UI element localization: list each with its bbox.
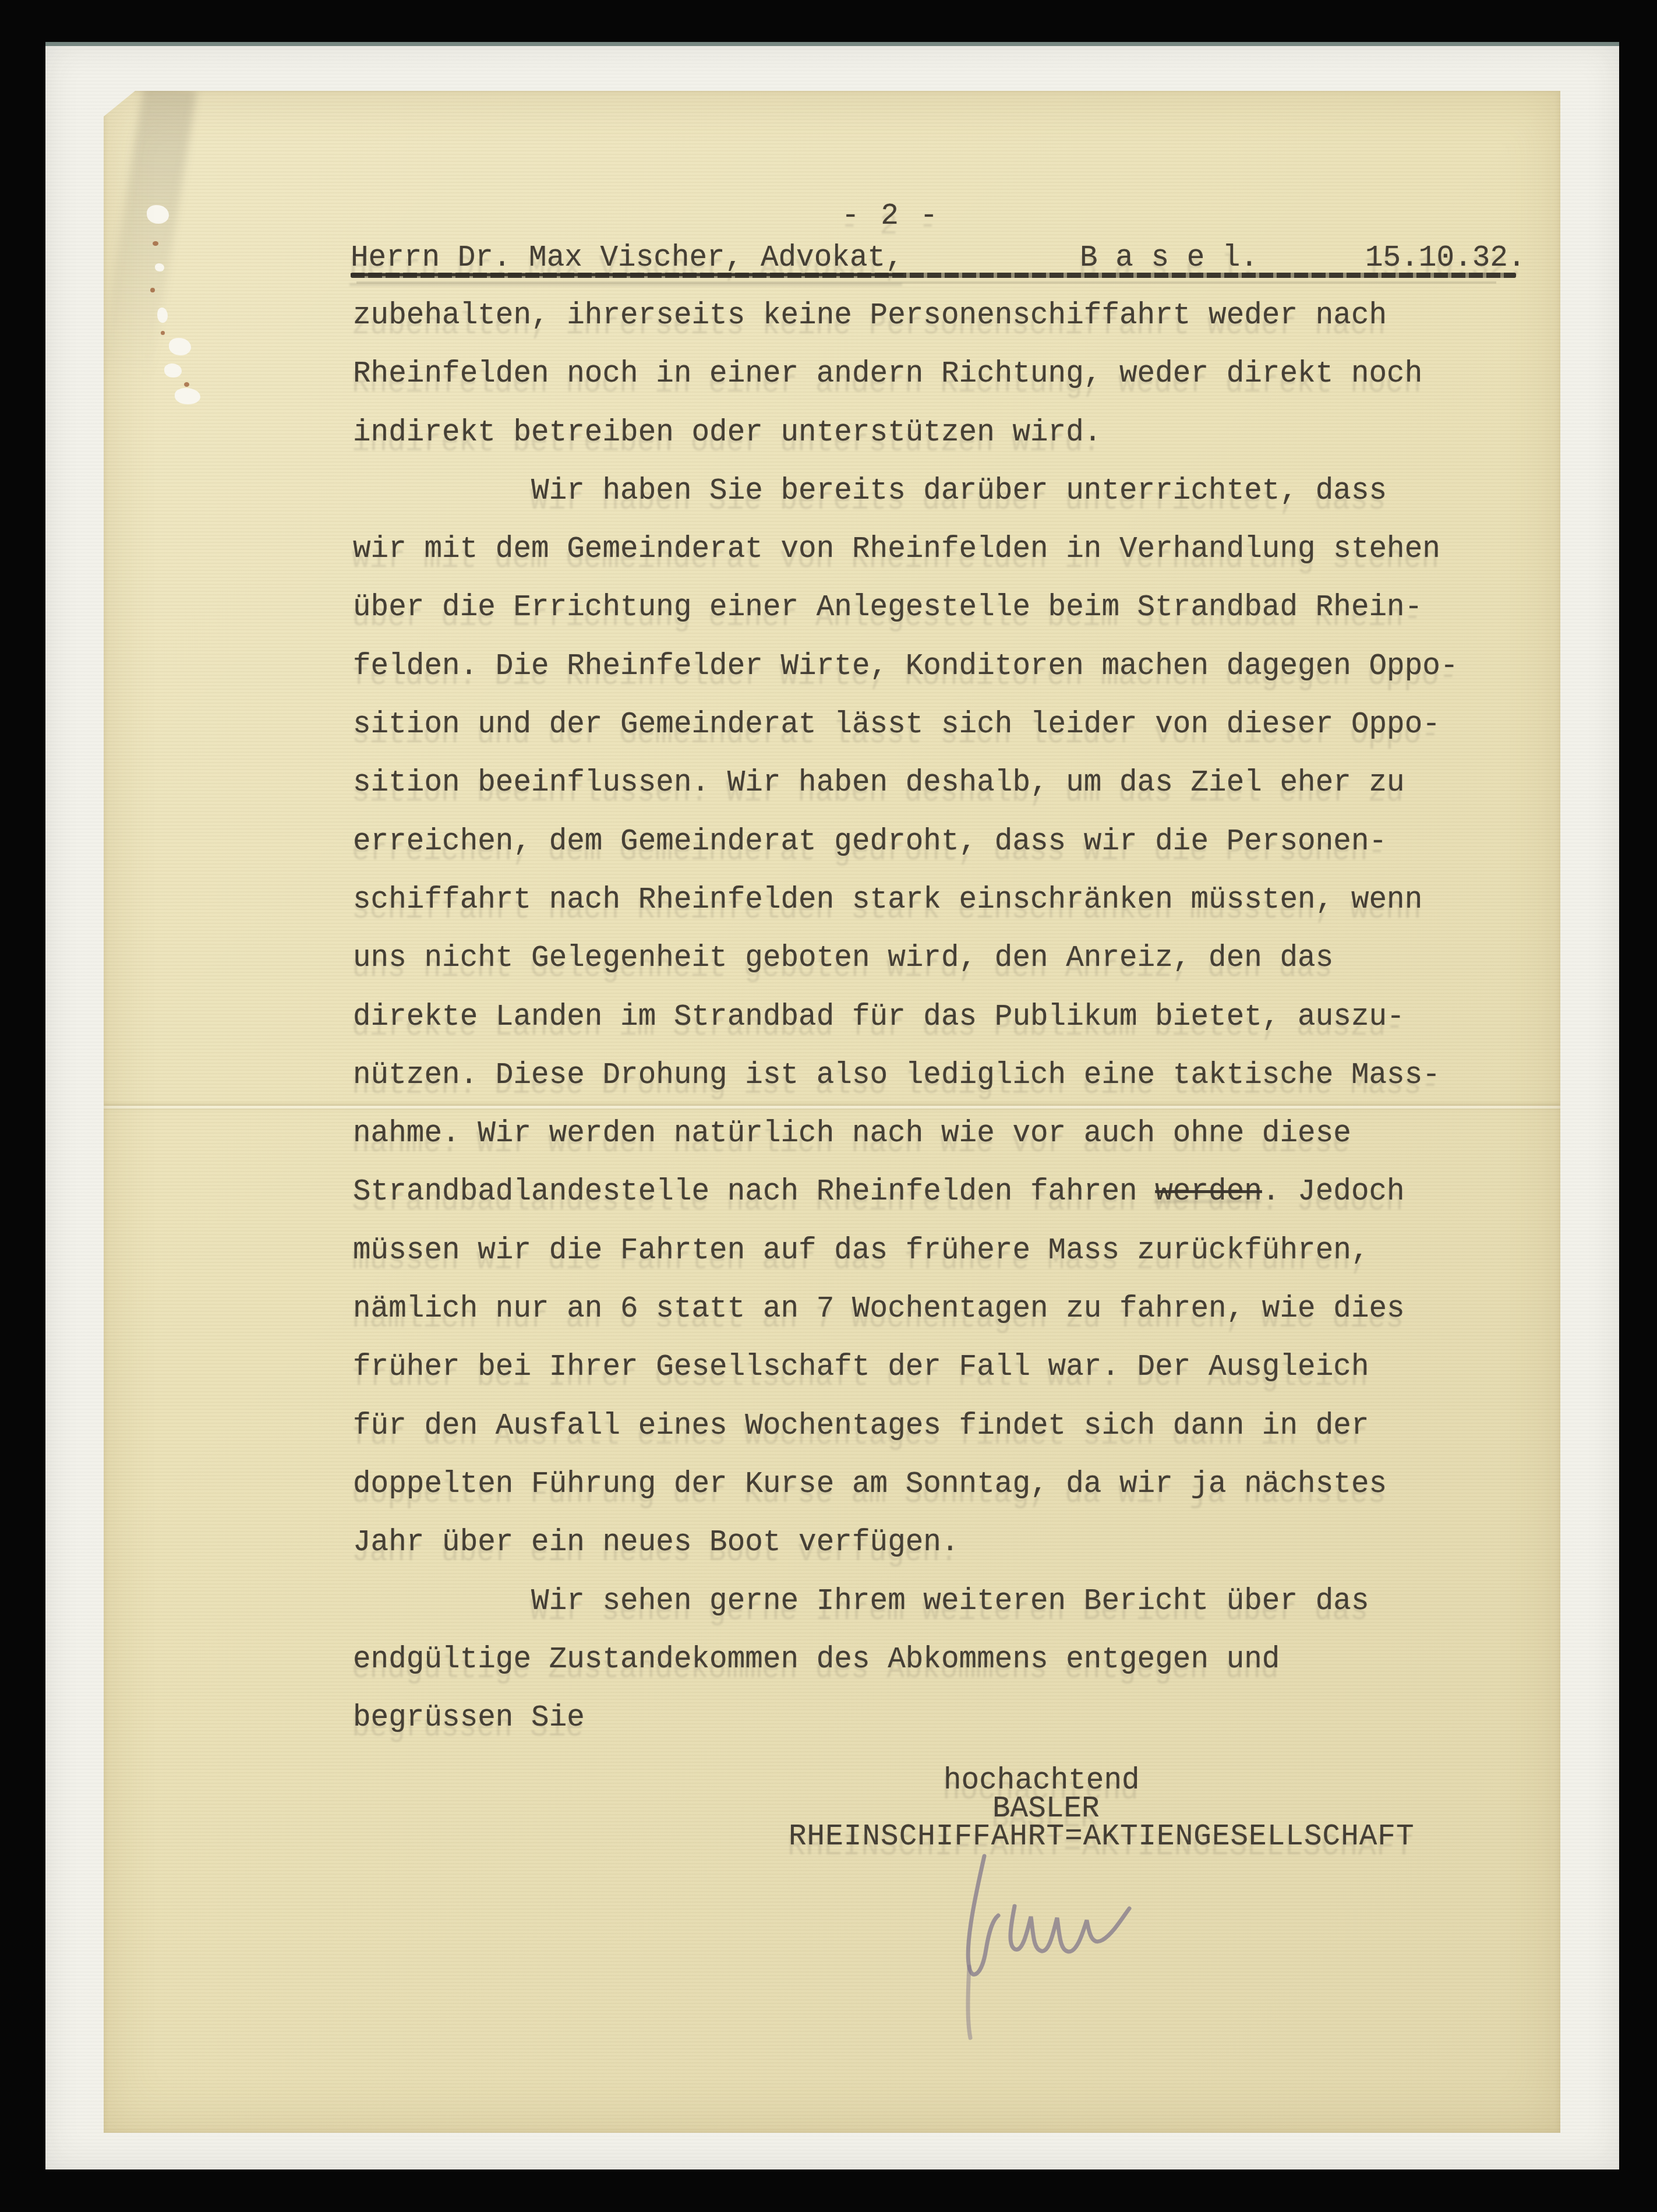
paper-damage-speck bbox=[157, 308, 168, 323]
place-label: B a s e l. bbox=[1080, 241, 1258, 276]
typed-line: begrüssen Sie bbox=[353, 1689, 1564, 1748]
typed-line: direkte Landen im Strandbad für das Publ… bbox=[353, 989, 1564, 1047]
typed-line: müssen wir die Fahrten auf das frühere M… bbox=[353, 1222, 1564, 1280]
paper-damage-dot bbox=[161, 331, 165, 335]
typed-line: Rheinfelden noch in einer andern Richtun… bbox=[353, 345, 1564, 404]
paper-damage-speck bbox=[164, 364, 182, 378]
paper-damage-dot bbox=[184, 382, 189, 387]
typed-line: sition und der Gemeinderat lässt sich le… bbox=[353, 696, 1564, 754]
paper-damage-speck bbox=[155, 263, 164, 271]
paper-smudge-stain bbox=[90, 82, 197, 435]
struck-word: werden bbox=[1155, 1176, 1262, 1209]
scanned-document: - 2 - Herrn Dr. Max Vischer, Advokat, B … bbox=[0, 0, 1657, 2212]
recipient-line: Herrn Dr. Max Vischer, Advokat, bbox=[351, 241, 903, 276]
mat-top-edge bbox=[45, 42, 1619, 46]
typed-line: sition beeinflussen. Wir haben deshalb, … bbox=[353, 754, 1564, 813]
typed-line: Strandbadlandestelle nach Rheinfelden fa… bbox=[353, 1163, 1564, 1222]
typed-line: nämlich nur an 6 statt an 7 Wochentagen … bbox=[353, 1280, 1564, 1339]
typed-line: endgültige Zustandekommen des Abkommens … bbox=[353, 1631, 1564, 1689]
typed-line: zubehalten, ihrerseits keine Personensch… bbox=[353, 287, 1564, 345]
page-number: - 2 - bbox=[842, 199, 939, 234]
paper-damage-dot bbox=[150, 288, 155, 292]
date-label: 15.10.32. bbox=[1365, 241, 1525, 276]
typed-line: felden. Die Rheinfelder Wirte, Konditore… bbox=[353, 638, 1564, 696]
typed-line: indirekt betreiben oder unterstützen wir… bbox=[353, 404, 1564, 463]
letter-body: zubehalten, ihrerseits keine Personensch… bbox=[353, 287, 1564, 1748]
paper-damage-speck bbox=[175, 388, 200, 404]
typed-line: uns nicht Gelegenheit geboten wird, den … bbox=[353, 930, 1564, 988]
paper-damage-speck bbox=[169, 338, 191, 355]
typed-line: früher bei Ihrer Gesellschaft der Fall w… bbox=[353, 1339, 1564, 1397]
typed-line: über die Errichtung einer Anlegestelle b… bbox=[353, 579, 1564, 637]
typed-line: Wir sehen gerne Ihrem weiteren Bericht ü… bbox=[353, 1573, 1564, 1631]
typed-line: erreichen, dem Gemeinderat gedroht, dass… bbox=[353, 813, 1564, 872]
typed-line: doppelten Führung der Kurse am Sonntag, … bbox=[353, 1456, 1564, 1514]
typed-line: schiffahrt nach Rheinfelden stark einsch… bbox=[353, 872, 1564, 930]
paper-damage-dot bbox=[153, 241, 158, 246]
header-underline-rule bbox=[351, 273, 1516, 278]
handwritten-signature bbox=[926, 1846, 1252, 2090]
typed-line: Wir haben Sie bereits darüber unterricht… bbox=[353, 463, 1564, 521]
typed-line: nahme. Wir werden natürlich nach wie vor… bbox=[353, 1105, 1564, 1163]
paper-damage-speck bbox=[147, 205, 169, 224]
typed-line: Jahr über ein neues Boot verfügen. bbox=[353, 1514, 1564, 1572]
typed-line: für den Ausfall eines Wochentages findet… bbox=[353, 1398, 1564, 1456]
typed-line: wir mit dem Gemeinderat von Rheinfelden … bbox=[353, 521, 1564, 579]
letter-page: - 2 - Herrn Dr. Max Vischer, Advokat, B … bbox=[104, 91, 1560, 2133]
typed-line: nützen. Diese Drohung ist also lediglich… bbox=[353, 1047, 1564, 1105]
